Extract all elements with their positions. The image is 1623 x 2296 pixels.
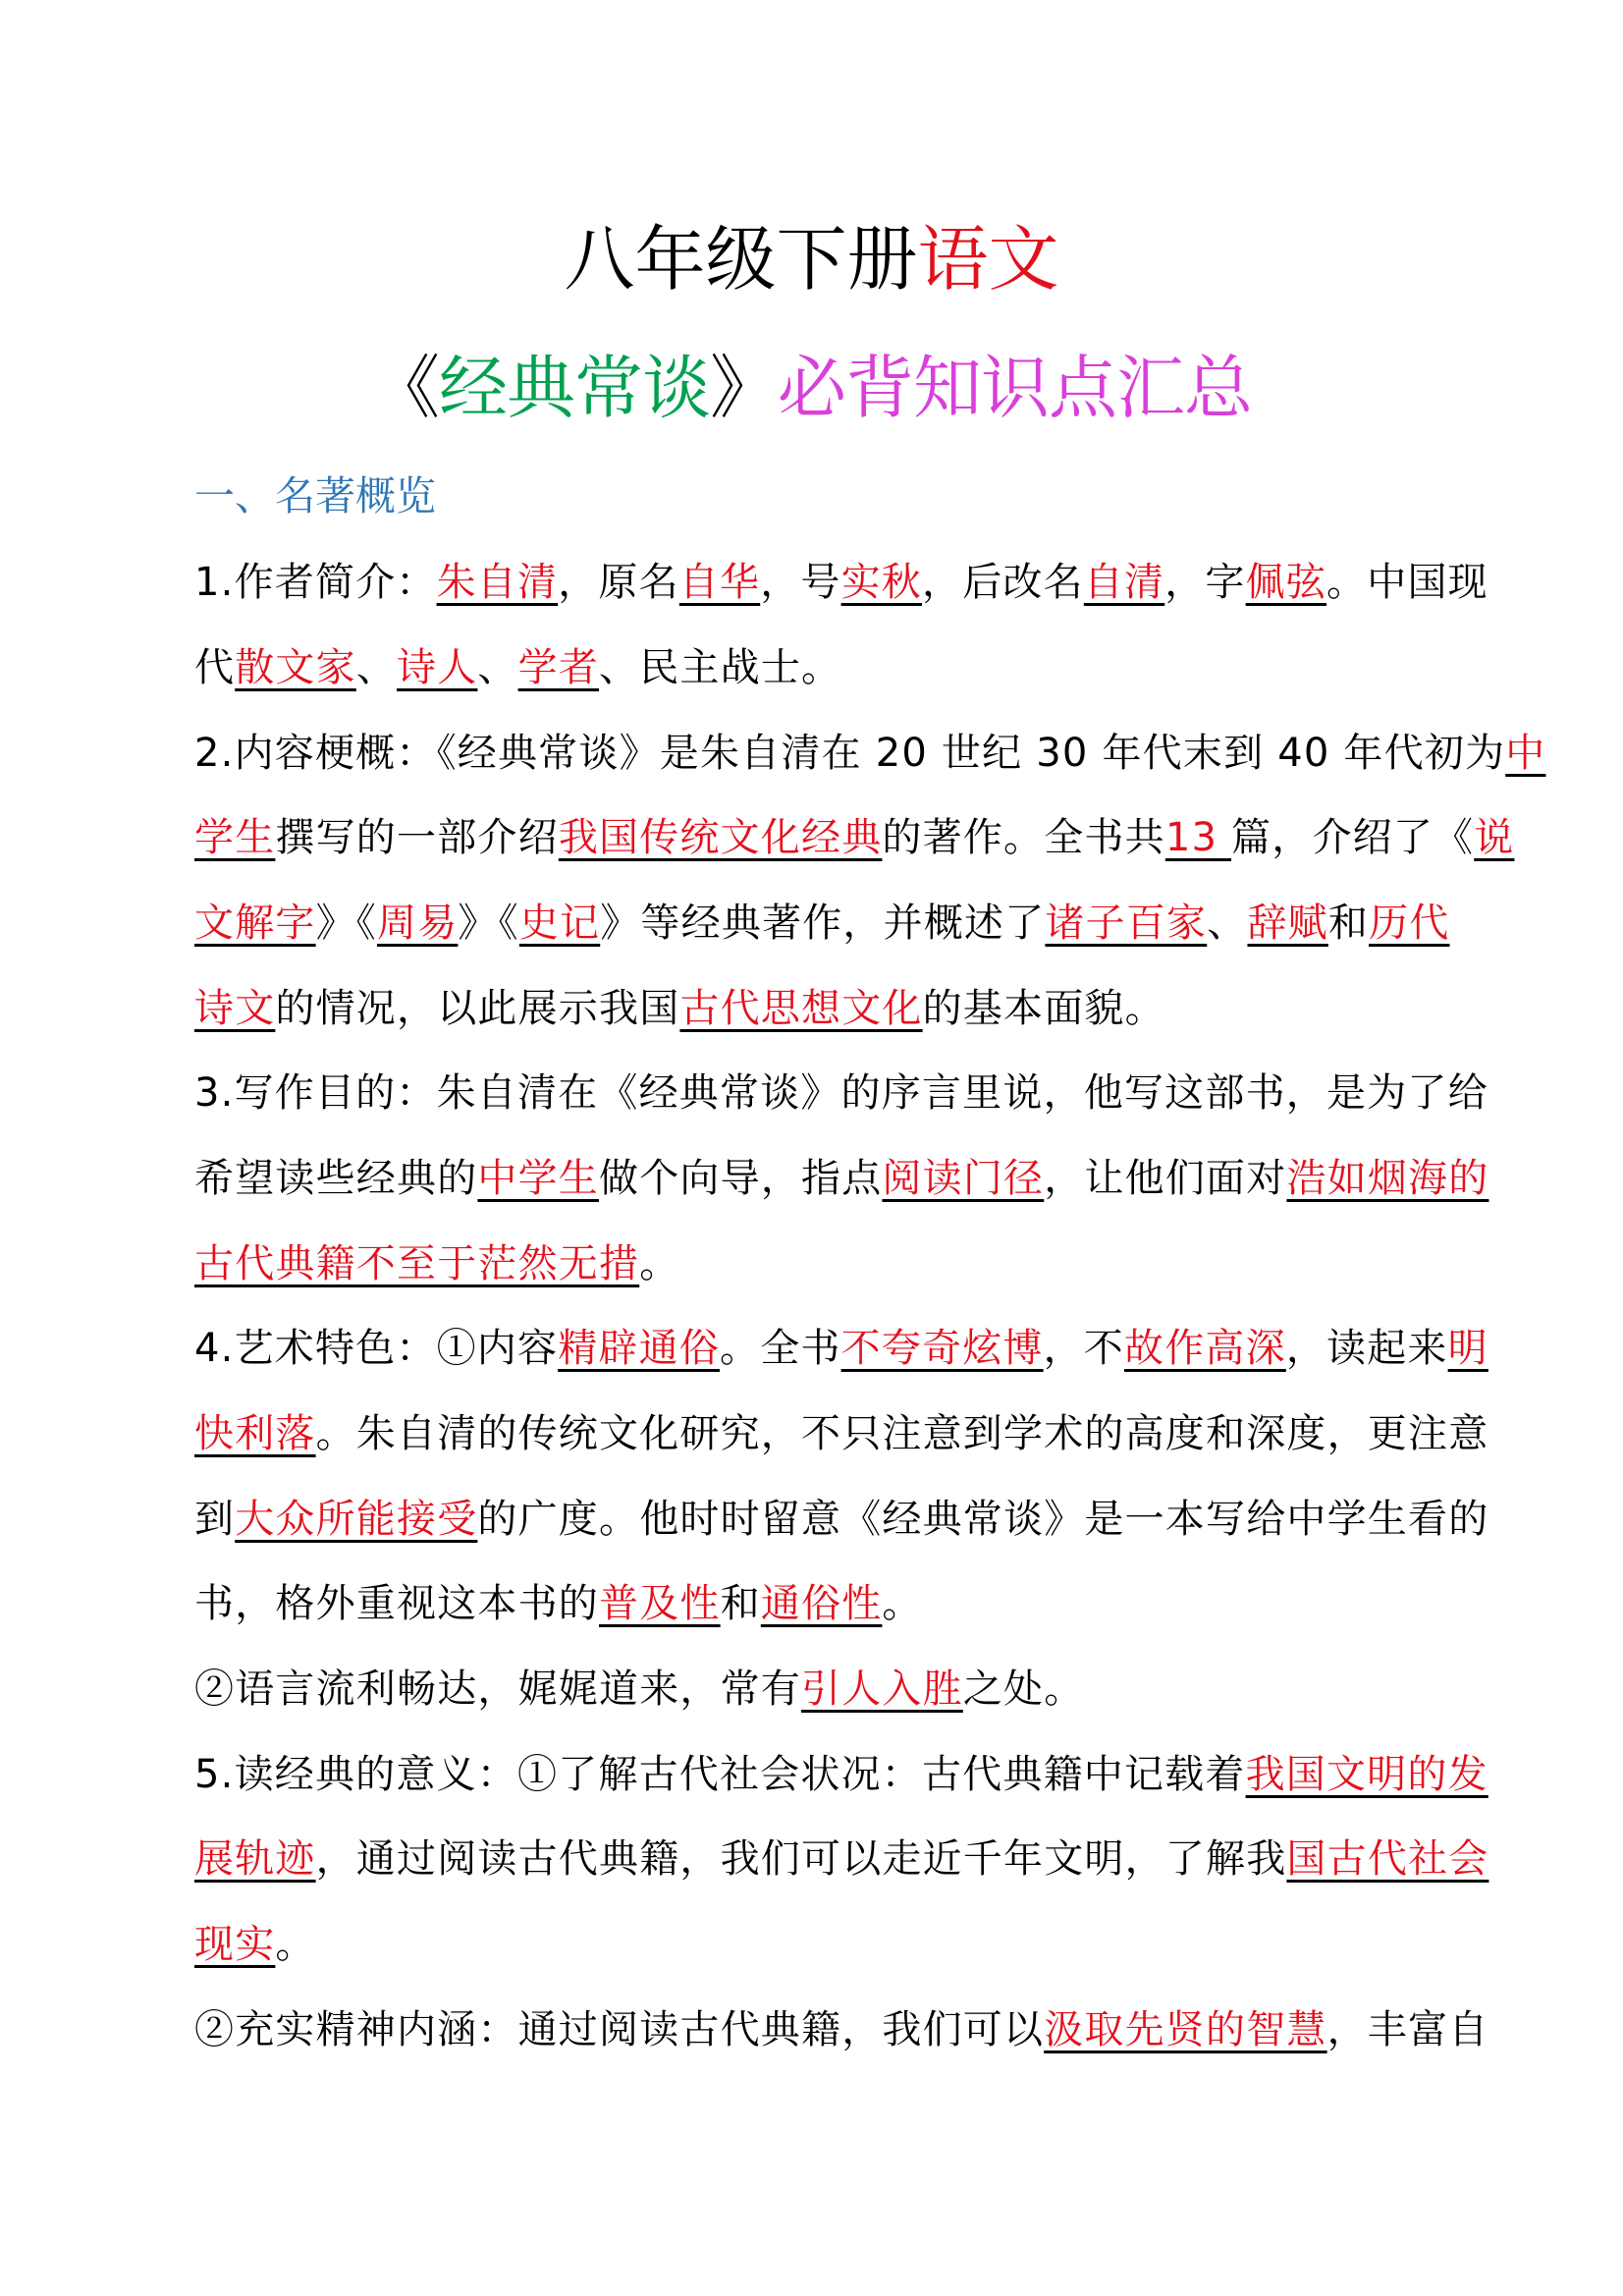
key-term: 古代典籍不至于茫然无措: [194, 1241, 639, 1286]
text-line: 代散文家、诗人、学者、民主战士。: [194, 639, 1436, 696]
key-term: 中学生: [477, 1156, 599, 1201]
document-subtitle: 《经典常谈》必背知识点汇总: [0, 339, 1623, 437]
title-grade-text: 八年级下册: [564, 218, 917, 301]
text-segment: 之处。: [963, 1667, 1085, 1712]
text-line: ②语言流利畅达，娓娓道来，常有引人入胜之处。: [194, 1661, 1436, 1718]
text-segment: ，读起来: [1286, 1326, 1448, 1371]
text-segment: 、: [1207, 901, 1247, 946]
key-term: 国古代社会: [1286, 1836, 1488, 1882]
key-term: 文解字: [194, 901, 316, 946]
key-term: 散文家: [235, 645, 356, 690]
text-segment: 做个向导，指点: [599, 1156, 882, 1201]
text-segment: 艺术特色：①内容: [235, 1326, 559, 1371]
text-segment: 年代末到: [1102, 731, 1264, 776]
key-term: 史记: [519, 901, 600, 946]
text-line: 希望读些经典的中学生做个向导，指点阅读门径，让他们面对浩如烟海的: [194, 1150, 1436, 1207]
book-open-quote: 《: [371, 348, 439, 428]
key-term: 佩弦: [1246, 560, 1326, 605]
text-segment: 20: [862, 731, 942, 776]
key-term: 精辟通俗: [558, 1326, 720, 1371]
text-segment: 年代初为: [1343, 731, 1505, 776]
text-segment: 书，格外重视这本书的: [194, 1581, 599, 1626]
key-term: 快利落: [194, 1411, 316, 1456]
text-segment: ，让他们面对: [1044, 1156, 1286, 1201]
text-line: 展轨迹，通过阅读古代典籍，我们可以走近千年文明，了解我国古代社会: [194, 1831, 1436, 1887]
text-line: 现实。: [194, 1916, 1436, 1973]
text-segment: 、: [477, 645, 517, 690]
text-line: 5.读经典的意义：①了解古代社会状况：古代典籍中记载着我国文明的发: [194, 1746, 1436, 1803]
key-term: 中: [1505, 731, 1545, 776]
text-segment: 和: [721, 1581, 761, 1626]
text-segment: 、: [356, 645, 397, 690]
key-term: 不夸奇炫博: [841, 1326, 1044, 1371]
text-line: 学生撰写的一部介绍我国传统文化经典的著作。全书共13 篇，介绍了《说: [194, 809, 1436, 866]
key-term: 通俗性: [761, 1581, 883, 1626]
text-segment: 。朱自清的传统文化研究，不只注意到学术的高度和深度，更注意: [316, 1411, 1489, 1456]
text-segment: 世纪: [942, 731, 1022, 776]
text-segment: ，丰富自: [1327, 2007, 1489, 2052]
key-term: 辞赋: [1247, 901, 1327, 946]
text-segment: 。全书: [720, 1326, 841, 1371]
text-line: 2.内容梗概：《经典常谈》是朱自清在 20 世纪 30 年代末到 40 年代初为…: [194, 725, 1436, 782]
key-term: 普及性: [599, 1581, 721, 1626]
text-segment: 2.: [194, 731, 235, 776]
key-term: 阅读门径: [882, 1156, 1044, 1201]
key-term: 周易: [377, 901, 458, 946]
text-segment: 。: [639, 1241, 679, 1286]
text-segment: 的著作。全书共: [882, 815, 1164, 860]
key-term: 明: [1448, 1326, 1488, 1371]
title-subject-text: 语文: [918, 218, 1059, 301]
text-line: ②充实精神内涵：通过阅读古代典籍，我们可以汲取先贤的智慧，丰富自: [194, 2001, 1436, 2058]
subtitle-text: 必背知识点汇总: [778, 348, 1252, 428]
key-term: 朱自清: [437, 560, 559, 605]
section-heading-overview: 一、名著概览: [194, 467, 436, 524]
text-segment: ，通过阅读古代典籍，我们可以走近千年文明，了解我: [316, 1836, 1287, 1882]
text-segment: ②充实精神内涵：通过阅读古代典籍，我们可以: [194, 2007, 1044, 2052]
text-segment: ，字: [1164, 560, 1245, 605]
text-line: 书，格外重视这本书的普及性和通俗性。: [194, 1575, 1436, 1632]
text-segment: 30: [1022, 731, 1102, 776]
text-segment: ，后改名: [922, 560, 1084, 605]
text-segment: 。: [275, 1922, 315, 1967]
key-term: 诗文: [194, 986, 275, 1031]
text-segment: ，原名: [558, 560, 679, 605]
text-segment: 4.: [194, 1326, 235, 1371]
document-title: 八年级下册语文: [0, 210, 1623, 308]
key-term: 汲取先贤的智慧: [1044, 2007, 1326, 2052]
key-term: 展轨迹: [194, 1836, 316, 1882]
key-term: 13: [1165, 815, 1231, 860]
key-term: 大众所能接受: [235, 1497, 477, 1542]
text-segment: 、民主战士。: [599, 645, 841, 690]
key-term: 诗人: [397, 645, 477, 690]
key-term: 历代: [1369, 901, 1449, 946]
text-segment: 篇，介绍了《: [1231, 815, 1474, 860]
text-segment: 写作目的：朱自清在《经典常谈》的序言里说，他写这部书，是为了给: [235, 1070, 1488, 1116]
text-segment: 作者简介：: [235, 560, 437, 605]
key-term: 浩如烟海的: [1286, 1156, 1488, 1201]
text-segment: ②语言流利畅达，娓娓道来，常有: [194, 1667, 801, 1712]
text-segment: 内容梗概：《经典常谈》是朱自清在: [235, 731, 862, 776]
key-term: 我国传统文化经典: [559, 815, 883, 860]
key-term: 实秋: [841, 560, 922, 605]
text-line: 古代典籍不至于茫然无措。: [194, 1235, 1436, 1292]
key-term: 古代思想文化: [679, 986, 922, 1031]
text-segment: 读经典的意义：①了解古代社会状况：古代典籍中记载着: [235, 1752, 1246, 1797]
text-segment: 5.: [194, 1752, 235, 1797]
text-line: 1.作者简介：朱自清，原名自华，号实秋，后改名自清，字佩弦。中国现: [194, 554, 1436, 611]
text-segment: 的基本面貌。: [923, 986, 1165, 1031]
text-segment: 希望读些经典的: [194, 1156, 477, 1201]
text-segment: 。: [882, 1581, 922, 1626]
text-segment: 代: [194, 645, 235, 690]
text-line: 3.写作目的：朱自清在《经典常谈》的序言里说，他写这部书，是为了给: [194, 1065, 1436, 1121]
text-segment: 。中国现: [1326, 560, 1488, 605]
key-term: 学生: [194, 815, 275, 860]
text-segment: 的广度。他时时留意《经典常谈》是一本写给中学生看的: [477, 1497, 1488, 1542]
key-term: 故作高深: [1124, 1326, 1286, 1371]
text-line: 诗文的情况，以此展示我国古代思想文化的基本面貌。: [194, 980, 1436, 1037]
key-term: 引人入胜: [801, 1667, 963, 1712]
key-term: 自华: [679, 560, 760, 605]
text-line: 到大众所能接受的广度。他时时留意《经典常谈》是一本写给中学生看的: [194, 1491, 1436, 1548]
key-term: 学者: [518, 645, 599, 690]
text-line: 4.艺术特色：①内容精辟通俗。全书不夸奇炫博，不故作高深，读起来明: [194, 1320, 1436, 1377]
book-close-quote: 》: [710, 348, 778, 428]
key-term: 现实: [194, 1922, 275, 1967]
text-segment: ，号: [760, 560, 840, 605]
text-segment: ，不: [1044, 1326, 1124, 1371]
text-segment: 和: [1328, 901, 1369, 946]
text-line: 文解字》《周易》《史记》等经典著作，并概述了诸子百家、辞赋和历代: [194, 895, 1436, 952]
text-line: 快利落。朱自清的传统文化研究，不只注意到学术的高度和深度，更注意: [194, 1405, 1436, 1462]
text-segment: 撰写的一部介绍: [275, 815, 558, 860]
key-term: 说: [1474, 815, 1514, 860]
book-title-text: 经典常谈: [439, 348, 710, 428]
text-segment: 40: [1264, 731, 1343, 776]
text-segment: 》等经典著作，并概述了: [600, 901, 1045, 946]
text-segment: 1.: [194, 560, 235, 605]
text-segment: 》《: [458, 901, 518, 946]
text-segment: 的情况，以此展示我国: [275, 986, 679, 1031]
key-term: 自清: [1084, 560, 1164, 605]
text-segment: 3.: [194, 1070, 235, 1116]
text-segment: 》《: [316, 901, 377, 946]
key-term: 诸子百家: [1045, 901, 1207, 946]
text-segment: 到: [194, 1497, 235, 1542]
key-term: 我国文明的发: [1246, 1752, 1488, 1797]
